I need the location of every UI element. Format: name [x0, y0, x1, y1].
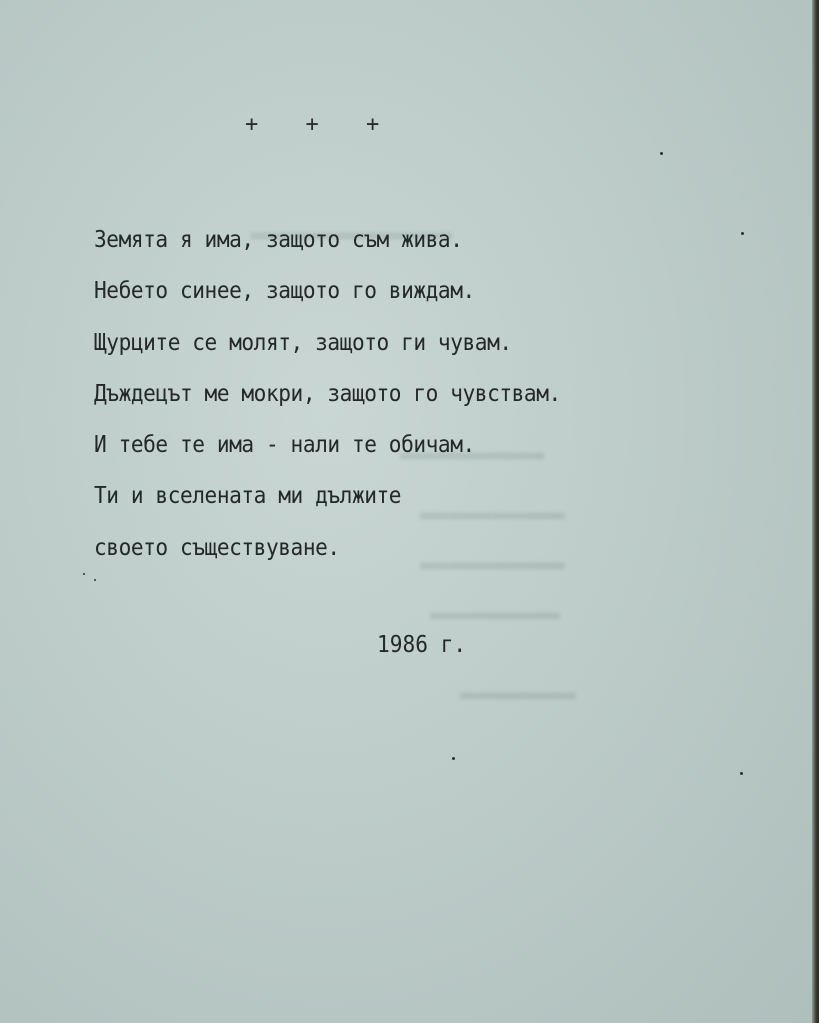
poem-line: Щурците се молят, защото ги чувам. — [94, 322, 561, 373]
ink-speck — [94, 579, 96, 581]
poem-line: Небето синее, защото го виждам. — [94, 270, 561, 321]
show-through-text: ▬▬▬▬▬▬▬▬▬ — [430, 600, 560, 628]
poem-date: 1986 г. — [377, 630, 466, 658]
poem: Земята я има, защото съм жива. Небето си… — [94, 219, 561, 578]
poem-line: Ти и вселената ми дължите — [94, 475, 561, 526]
ink-speck — [660, 152, 663, 155]
poem-line: Дъждецът ме мокри, защото го чувствам. — [94, 373, 561, 424]
ink-speck — [741, 232, 744, 235]
paper-page: ▬▬▬▬▬▬▬▬▬▬▬▬▬▬ ▬▬▬▬▬▬▬▬▬▬ ▬▬▬▬▬▬▬▬▬▬ ▬▬▬… — [0, 0, 812, 1023]
poem-line: своето съществуване. — [94, 527, 561, 578]
paper-edge-shadow — [812, 0, 819, 1023]
ink-speck — [452, 757, 455, 760]
ink-speck — [83, 573, 85, 575]
section-separator: + + + — [245, 112, 379, 137]
poem-line: Земята я има, защото съм жива. — [94, 219, 561, 270]
ink-speck — [740, 772, 743, 775]
poem-line: И тебе те има - нали те обичам. — [94, 424, 561, 475]
show-through-text: ▬▬▬▬▬▬▬▬ — [460, 680, 576, 708]
